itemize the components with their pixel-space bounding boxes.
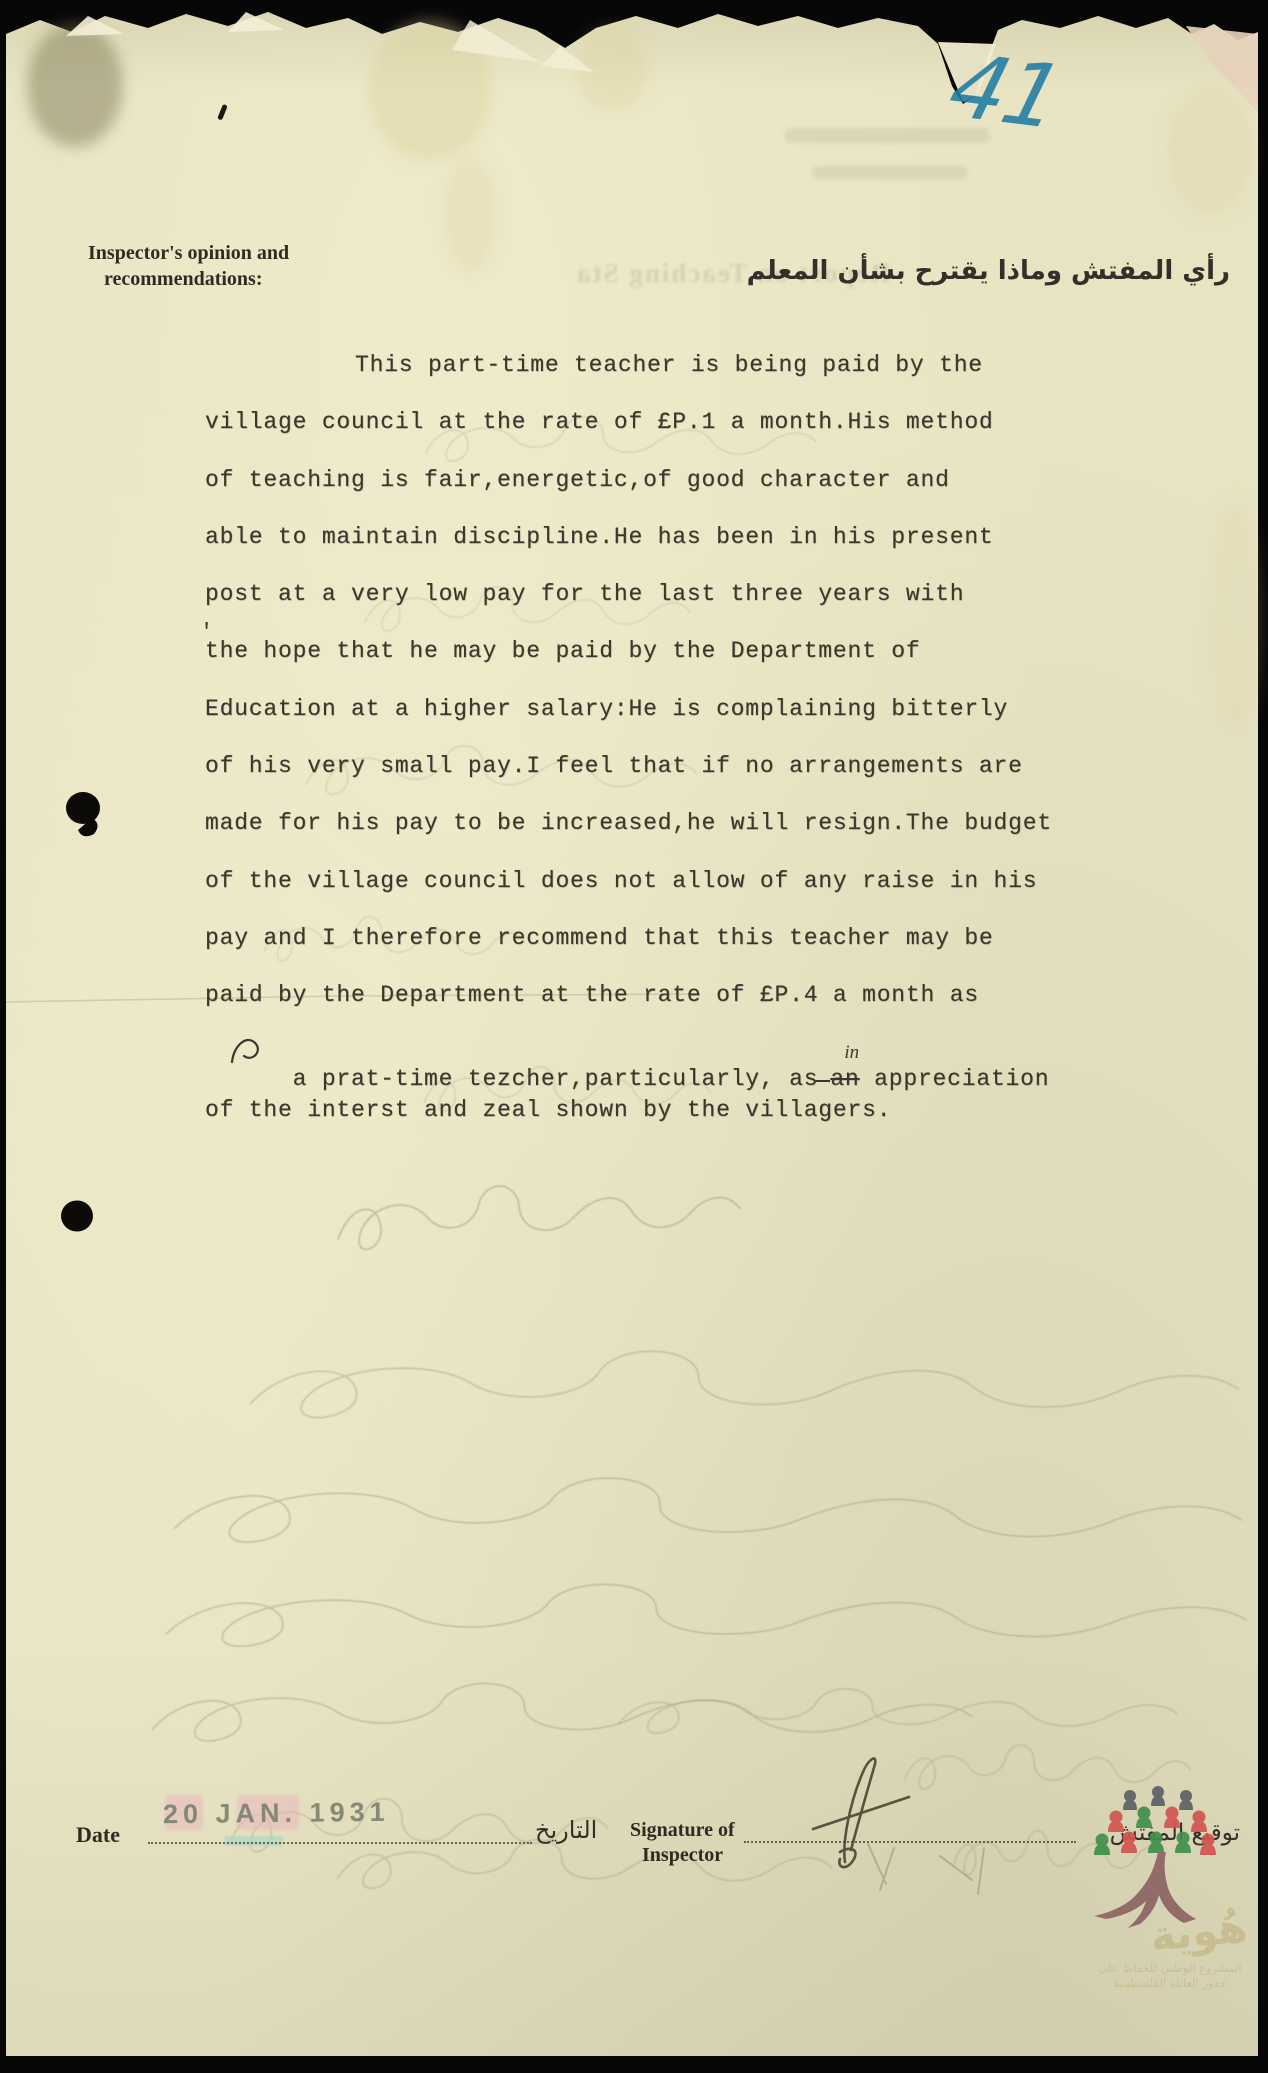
date-received-stamp: 20 JAN. 1931 [163, 1797, 390, 1830]
date-dotted-line [148, 1842, 532, 1844]
section-label-english: Inspector's opinion and recommendations: [88, 240, 289, 292]
section-label-arabic: رأي المفتش وماذا يقترح بشأن المعلم [747, 256, 1230, 286]
body-line: paid by the Department at the rate of £P… [205, 982, 1125, 1039]
logo-people-canopy [1094, 1786, 1216, 1855]
date-label: Date [76, 1822, 120, 1848]
struck-word-text: an [830, 1066, 859, 1092]
body-line: of his very small pay.I feel that if no … [205, 753, 1125, 810]
typewritten-body: This part-time teacher is being paid by … [205, 352, 1125, 1154]
signature-label-line1: Signature of [630, 1818, 735, 1843]
body-line: of teaching is fair,energetic,of good ch… [205, 467, 1125, 524]
stray-typewriter-mark: ' [200, 620, 213, 645]
body-line: Education at a higher salary:He is compl… [205, 696, 1125, 753]
body-line: village council at the rate of £P.1 a mo… [205, 409, 1125, 466]
signature-label: Signature of Inspector [630, 1818, 735, 1868]
body-line: pay and I therefore recommend that this … [205, 925, 1125, 982]
section-label-line1: Inspector's opinion and [88, 240, 289, 266]
body-line: made for his pay to be increased,he will… [205, 810, 1125, 867]
correction-prefix: a prat-time tezcher,particularly, as [293, 1066, 819, 1092]
body-line: This part-time teacher is being paid by … [205, 352, 1125, 409]
body-closing-line: of the interst and zeal shown by the vil… [205, 1097, 1125, 1154]
handwritten-insertion: in [844, 1042, 859, 1064]
bleedthrough-text-bar [812, 166, 967, 179]
date-label-arabic: التاريخ [535, 1816, 597, 1844]
logo-wordmark: هُوية [1148, 1902, 1249, 1962]
signature-label-line2: Inspector [630, 1843, 735, 1868]
struck-word: inan [830, 1066, 859, 1092]
archive-watermark-logo: هُوية المشروع الوطني للحفاظ على جذور الع… [1080, 1784, 1252, 2002]
body-line: of the village council does not allow of… [205, 868, 1125, 925]
stamp-teal-highlight [225, 1836, 283, 1846]
section-label-line2: recommendations: [88, 266, 289, 292]
body-line: post at a very low pay for the last thre… [205, 581, 1125, 638]
logo-tagline-line1: المشروع الوطني للحفاظ على [1098, 1961, 1241, 1976]
signature-dotted-line [744, 1841, 1076, 1843]
body-line: able to maintain discipline.He has been … [205, 524, 1125, 581]
scanned-document: Report on Teaching Sta 41 Inspector's op… [0, 0, 1268, 2073]
logo-tagline-line2: جذور العائلة الفلسطينية [1113, 1976, 1226, 1991]
body-line-with-correction: a prat-time tezcher,particularly, asinan… [205, 1040, 1125, 1097]
correction-suffix: appreciation [860, 1066, 1050, 1092]
body-line: the hope that he may be paid by the Depa… [205, 638, 1125, 695]
